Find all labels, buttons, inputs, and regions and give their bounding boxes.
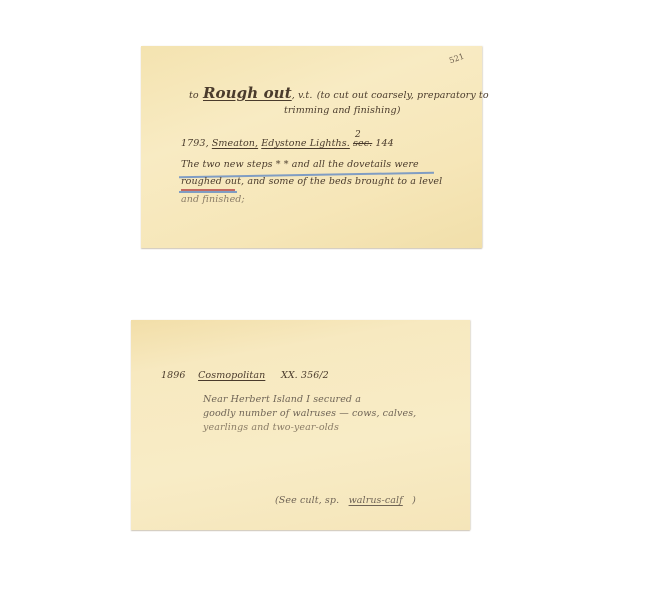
cross-reference: (See cult, sp. walrus-calf ) xyxy=(275,495,416,506)
citation-line: 1896 Cosmopolitan XX. 356/2 xyxy=(161,370,329,381)
citation-line: 1793, Smeaton, Edystone Lighths. sec. 14… xyxy=(181,138,394,149)
citation-year: 1896 xyxy=(161,370,186,381)
quotation-slip-rough-out: 521 to Rough out, v.t. (to cut out coars… xyxy=(141,46,482,248)
crossref-prefix: (See cult, sp. xyxy=(275,495,339,506)
definition-line-2: trimming and finishing) xyxy=(284,105,401,116)
quote-line-2-rest: and some of the beds brought to a level xyxy=(247,176,442,187)
citation-work: Cosmopolitan xyxy=(198,370,265,381)
citation-ref: XX. 356/2 xyxy=(281,370,329,381)
citation-year: 1793, xyxy=(181,138,209,149)
citation-page: 144 xyxy=(375,138,393,149)
headword-prefix: to xyxy=(189,90,199,101)
citation-work: Edystone Lighths. xyxy=(261,138,350,149)
blue-pencil-underline-2 xyxy=(179,191,237,193)
definition-line-1: (to cut out coarsely, preparatory to xyxy=(317,90,489,101)
quote-line-2: roughed out, and some of the beds brough… xyxy=(181,176,442,187)
quote-line-1: Near Herbert Island I secured a xyxy=(203,394,361,405)
quote-line-2: goodly number of walruses — cows, calves… xyxy=(203,408,416,419)
quote-line-1: The two new steps * * and all the doveta… xyxy=(181,159,419,170)
headword: Rough out xyxy=(203,84,292,102)
quote-line-3: and finished; xyxy=(181,194,245,205)
headword-line: to Rough out, v.t. (to cut out coarsely,… xyxy=(189,84,489,102)
quotation-slip-walrus: 1896 Cosmopolitan XX. 356/2 Near Herbert… xyxy=(131,320,470,530)
folio-number: 521 xyxy=(448,52,465,66)
quote-line-3: yearlings and two-year-olds xyxy=(203,422,339,433)
part-of-speech: , v.t. xyxy=(292,90,313,101)
crossref-term: walrus-calf xyxy=(349,495,403,506)
crossref-suffix: ) xyxy=(412,495,416,506)
citation-section: sec. xyxy=(353,138,372,149)
red-pencil-underline xyxy=(181,189,235,191)
quote-underlined-phrase: roughed out, xyxy=(181,176,244,187)
citation-author: Smeaton, xyxy=(212,138,258,149)
